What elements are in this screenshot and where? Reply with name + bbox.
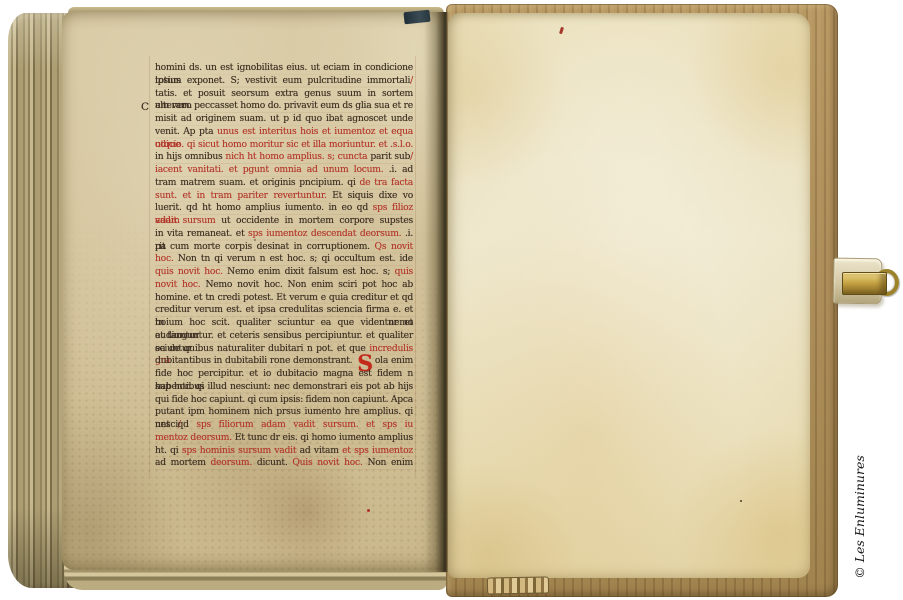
text-line: ea de quibus naturaliter dubitari n pot.… xyxy=(155,343,413,356)
rubric-text: quis xyxy=(395,266,413,277)
text-line: mentoz deorsum. Et tunc dr eis. qi homo … xyxy=(155,432,413,445)
rubric-text: novit hoc. xyxy=(155,279,205,290)
gutter-shadow xyxy=(424,12,450,572)
ink-text: .i. ad xyxy=(389,164,413,175)
red-ink-speck xyxy=(559,27,564,35)
ink-text: um vero peccasset homo do. privavit eum … xyxy=(155,100,413,111)
ink-text: dubitantibus in dubitabili rone demonstr… xyxy=(155,355,355,366)
text-block: homini ds. un est ignobilitas eius. ut e… xyxy=(155,62,413,472)
ink-text: Non enim xyxy=(367,457,413,468)
margin-initial: C xyxy=(141,101,149,114)
text-line: hoium hoc scit. qualiter sciuntur ea que… xyxy=(155,317,413,330)
ink-text: sup hoc. qi illud nesciunt: nec demonstr… xyxy=(155,381,413,392)
ink-text: in hijs omnibus xyxy=(155,151,225,162)
spine-endband xyxy=(487,576,549,594)
text-line: homine. et tn credi potest. Et verum e q… xyxy=(155,292,413,305)
ink-text: in vita remaneat. et xyxy=(155,228,248,239)
rubric-text: sps iumentoz descendat deorsum. xyxy=(248,228,405,239)
rubric-text: quis novit hoc. xyxy=(155,266,227,277)
text-line: quis novit hoc. Nemo enim dixit falsum e… xyxy=(155,266,413,279)
rubric-text: et sps iumentoz xyxy=(342,445,413,456)
text-line: et tanguntur. et ceteris sensibus percip… xyxy=(155,330,413,343)
rubric-text: sps filiorum adam vadit sursum. et sps i… xyxy=(196,419,413,430)
text-line: venit. Ap pta unus est interitus hois et… xyxy=(155,126,413,139)
rubric-text: sunt. et in tram pariter revertuntur. xyxy=(155,190,332,201)
text-line: ht. qi sps hominis sursum vadit ad vitam… xyxy=(155,445,413,458)
text-line: homini ds. un est ignobilitas eius. ut e… xyxy=(155,62,413,75)
ink-text: Et siquis dixe vo xyxy=(332,190,413,201)
ink-text: venit. Ap pta xyxy=(155,126,217,137)
text-line: tram matrem suam. et originis pncipium. … xyxy=(155,177,413,190)
right-page-blank xyxy=(448,13,810,578)
ink-text: misit ad originem suam. ut p id quo ibat… xyxy=(155,113,413,124)
watermark: © Les Enluminures xyxy=(852,447,870,587)
rubric-text: / xyxy=(410,75,413,86)
text-line: odicio. qi sicut homo moritur sic et ill… xyxy=(155,139,413,152)
text-line: iacent vanitati. et pgunt omnia ad unum … xyxy=(155,164,413,177)
dark-fleck xyxy=(740,500,742,502)
clasp-plate xyxy=(842,272,887,295)
dark-fleck xyxy=(254,239,256,241)
rubric-text: mentoz deorsum. xyxy=(155,432,235,443)
ink-text: unt qd xyxy=(155,419,196,430)
ink-text: Nemo novit hoc. Non enim sciri pot hoc a… xyxy=(205,279,413,290)
ink-text: parit sub xyxy=(370,151,410,162)
text-line: sup hoc. qi illud nesciunt: nec demonstr… xyxy=(155,381,413,394)
text-line: ad mortem deorsum. dicunt. Quis novit ho… xyxy=(155,457,413,470)
text-line: rit cum morte corpis desinat in corrupti… xyxy=(155,241,413,254)
ink-text: ad vitam xyxy=(300,445,342,456)
red-ink-speck xyxy=(367,509,370,512)
text-line: qui fide hoc capiunt. qi cum ipsis: fide… xyxy=(155,394,413,407)
ink-text: ea de quibus naturaliter dubitari n pot.… xyxy=(155,343,369,354)
ink-text: ad mortem xyxy=(155,457,210,468)
left-page: homini ds. un est ignobilitas eius. ut e… xyxy=(62,12,448,570)
ink-text: totum exponet. S; vestivit eum pulcritud… xyxy=(155,75,410,86)
rubric-text: de tra facta xyxy=(360,177,413,188)
ink-text: ht. qi xyxy=(155,445,182,456)
text-line: tatis. et posuit seorsum extra genus suu… xyxy=(155,88,413,101)
ink-text: homine. et tn credi potest. Et verum e q… xyxy=(155,292,413,303)
manuscript-photo: homini ds. un est ignobilitas eius. ut e… xyxy=(0,0,903,600)
text-line: creditur verum est. et ipsa credulitas s… xyxy=(155,304,413,317)
rubric-text: vadit sursum xyxy=(155,215,221,226)
text-line: unt qd sps filiorum adam vadit sursum. e… xyxy=(155,419,413,432)
text-line: novit hoc. Nemo novit hoc. Non enim scir… xyxy=(155,279,413,292)
text-line: fide hoc percipitur. et io dubitacio mag… xyxy=(155,368,413,381)
text-line: sunt. et in tram pariter revertuntur. Et… xyxy=(155,190,413,203)
ink-text: ola enim xyxy=(375,355,413,366)
text-line: putant ipm hominem nich prsus iumento hr… xyxy=(155,406,413,419)
text-line: hoc. Non tn qi verum n est hoc. s; qi oc… xyxy=(155,253,413,266)
rubric-text: deorsum. xyxy=(210,457,256,468)
text-line: Cum vero peccasset homo do. privavit eum… xyxy=(155,100,413,113)
rubric-text: odicio. qi sicut homo moritur sic et ill… xyxy=(155,139,413,150)
rubric-text: / xyxy=(410,151,413,162)
ink-text: dicunt. xyxy=(257,457,293,468)
text-line: totum exponet. S; vestivit eum pulcritud… xyxy=(155,75,413,88)
ink-text: Nemo enim dixit falsum est hoc. s; xyxy=(227,266,394,277)
ink-text: Et tunc dr eis. qi homo iumento amplius xyxy=(235,432,413,443)
text-line: vadit sursum ut occidente in mortem corp… xyxy=(155,215,413,228)
rubric-text: Qs novit xyxy=(375,241,413,252)
rubric-text: iacent vanitati. et pgunt omnia ad unum … xyxy=(155,164,389,175)
ink-text: tram matrem suam. et originis pncipium. … xyxy=(155,177,360,188)
text-line: dubitantibus in dubitabili rone demonstr… xyxy=(155,355,413,368)
ink-text: rit cum morte corpis desinat in corrupti… xyxy=(155,241,375,252)
text-line: misit ad originem suam. ut p id quo ibat… xyxy=(155,113,413,126)
text-line: in vita remaneat. et sps iumentoz descen… xyxy=(155,228,413,241)
ink-text: ut occidente in mortem corpore supstes xyxy=(221,215,413,226)
text-line: luerit. qd ht homo amplius iumento. in e… xyxy=(155,202,413,215)
ink-text: Non tn qi verum n est hoc. s; qi occultu… xyxy=(178,253,413,264)
ink-text: qui fide hoc capiunt. qi cum ipsis: fide… xyxy=(155,394,413,405)
rubric-text: nich ht homo amplius. s; cuncta xyxy=(225,151,370,162)
rubric-text: hoc. xyxy=(155,253,178,264)
rubric-text: Quis novit hoc. xyxy=(292,457,367,468)
rubric-text: sps hominis sursum vadit xyxy=(182,445,300,456)
ink-text: luerit. qd ht homo amplius iumento. in e… xyxy=(155,202,373,213)
text-line: in hijs omnibus nich ht homo amplius. s;… xyxy=(155,151,413,164)
